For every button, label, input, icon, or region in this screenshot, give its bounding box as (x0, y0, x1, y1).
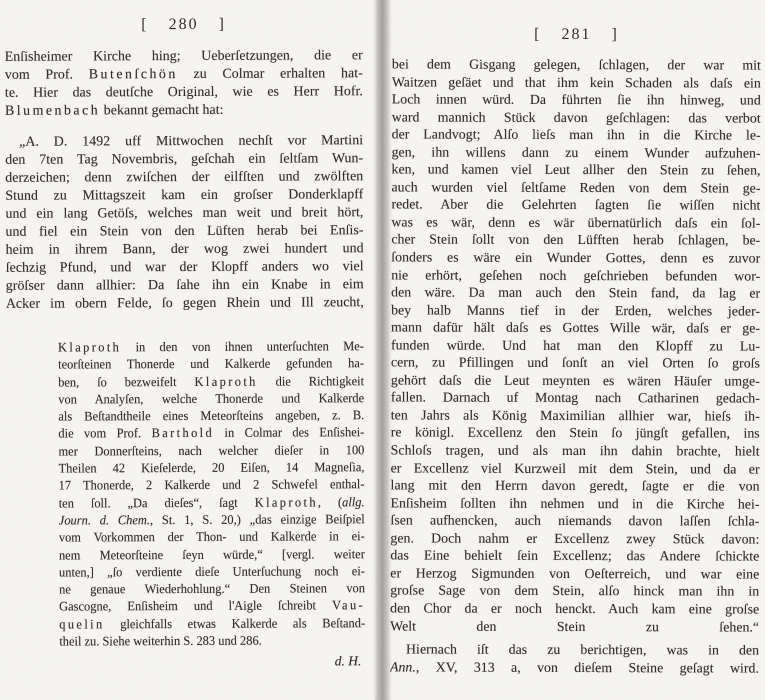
text-segment: nem Meteorſteine ſeyn würde,“ [vergl. we… (59, 546, 365, 562)
text-segment: 17 Thonerde, 2 Kalkerde und 2 Schwefel e… (59, 477, 365, 493)
text-segment: was es wär, denn es wär übernatürlich da… (391, 214, 760, 230)
text-line: den wäre. Da man auch den Stein fand, da… (391, 284, 760, 303)
paragraph: Klaproth in den von ihnen unterſuchten M… (58, 337, 365, 650)
text-line: Theilen 42 Kieſelerde, 20 Eiſen, 14 Magn… (59, 458, 365, 477)
text-line: Journ. d. Chem., St. 1, S. 20,) „das ein… (59, 510, 365, 529)
text-segment: Theilen 42 Kieſelerde, 20 Eiſen, 14 Magn… (59, 459, 365, 475)
letterspaced-name: Barthold (152, 425, 215, 440)
text-segment: von Analyſen, welche Thonerde und Kalker… (58, 390, 364, 406)
letterspaced-name: Blumenbach (5, 103, 100, 118)
text-segment: den 7ten Tag Novembris, geſchah ein ſelt… (5, 151, 363, 168)
text-segment: te. Hier das deutſche Original, wie es H… (5, 84, 363, 101)
text-segment: , ( (318, 494, 342, 509)
text-segment: ward mannich Stück davon geſchlagen: das… (392, 109, 761, 125)
text-segment: bekannt gemacht hat: (100, 103, 223, 119)
text-line: funden würde. Und hat man den Klopff zu … (391, 336, 760, 355)
paragraph: „A. D. 1492 uff Mittwochen nechſt vor Ma… (5, 132, 364, 314)
text-line: quelin gleichfalls etwas Kalkerde als Be… (59, 614, 365, 633)
text-segment: redet. Aber die Gelehrten ſagten ſie wiſ… (391, 197, 760, 213)
letterspaced-name: Klaproth (58, 339, 121, 354)
text-segment: die vom Prof. (58, 426, 151, 441)
text-line: Enſisheimer Kirche hing; Ueberſetzungen,… (5, 47, 363, 67)
text-segment: derzeichen; denn zwiſchen der eilfſten u… (5, 169, 363, 186)
page-text: bei dem Gisgang gelegen, ſchlagen, der w… (390, 55, 761, 676)
text-line: ten Jahrs als König Maximilian allhier w… (391, 406, 760, 425)
text-line: bey halb Manns tief in der Erden, welche… (391, 301, 760, 320)
text-line: ſonders es wäre ein Wunder Gottes, denn … (391, 248, 760, 267)
text-segment: bei dem Gisgang gelegen, ſchlagen, der w… (392, 56, 761, 72)
text-segment: ſechzig Pfund, und war der Klopff anders… (6, 259, 364, 276)
text-segment: er Herzog Sigmunden von Oeſterreich, und… (390, 565, 759, 581)
text-line: nem Meteorſteine ſeyn würde,“ [vergl. we… (59, 545, 365, 564)
text-line: 17 Thonerde, 2 Kalkerde und 2 Schwefel e… (59, 476, 365, 495)
text-line: cern, zu Pfillingen und ſonſt an viel Or… (391, 354, 760, 373)
text-line: das Eine behielt ſein Excellenz; das And… (390, 547, 759, 566)
italic-citation: allg. (342, 494, 365, 509)
text-segment: gleichfalls etwas Kalkerde als Beſtand- (105, 615, 366, 631)
text-segment: Stund zu Mittagszeit kam ein groſser Don… (5, 187, 363, 204)
text-segment: das Eine behielt ſein Excellenz; das And… (390, 548, 759, 564)
text-line: Blumenbach bekannt gemacht hat: (5, 101, 363, 121)
text-line: ward mannich Stück davon geſchlagen: das… (392, 108, 761, 127)
text-segment: und fiel ein Stein von den Lüften herab … (5, 223, 363, 240)
text-segment: gen. Doch nahm er Excellenz zwey Stück d… (390, 530, 759, 546)
text-segment: Hiernach iſt das zu berichtigen, was in … (406, 642, 759, 658)
text-segment: , XV, 313 a, von dieſem Steine geſagt wi… (416, 659, 759, 675)
text-line: redet. Aber die Gelehrten ſagten ſie wiſ… (391, 196, 760, 215)
text-line: er Herzog Sigmunden von Oeſterreich, und… (390, 564, 759, 583)
letterspaced-name: quelin (59, 616, 104, 631)
page-number: [ 281 ] (392, 23, 761, 46)
text-segment: teorſteinen Thonerde und Kalkerde gefund… (58, 356, 364, 372)
text-line: teorſteinen Thonerde und Kalkerde gefund… (58, 355, 364, 374)
text-line: vom Vorkommen der Thon- und Kalkerde in … (59, 527, 365, 546)
text-segment: Welt den Stein zu ſehen.“ (390, 618, 759, 634)
text-line: Acker im obern Felde, ſo gegen Rhein und… (6, 294, 364, 314)
text-segment: vom Vorkommen der Thon- und Kalkerde in … (59, 528, 365, 544)
text-segment: ſsen aufhencken, auch niemands davon laſ… (390, 513, 759, 529)
page-text: Enſisheimer Kirche hing; Ueberſetzungen,… (5, 47, 366, 650)
text-line: Gascogne, Enſisheim und l'Aigle ſchreibt… (59, 597, 365, 616)
paragraph: Enſisheimer Kirche hing; Ueberſetzungen,… (5, 47, 363, 121)
paragraph: Hiernach iſt das zu berichtigen, was in … (390, 640, 759, 676)
text-segment: zu Colmar erhalten hat- (178, 66, 363, 82)
text-segment: groſse Sage von dem Stein, alſo hinck ma… (390, 583, 759, 599)
text-segment: lang mit den Herrn davon geredt, ſagte e… (391, 478, 760, 494)
text-segment: „A. D. 1492 uff Mittwochen nechſt vor Ma… (19, 133, 363, 150)
text-segment: in den von ihnen unterſuchten Me- (121, 338, 364, 354)
text-segment: er Excellenz viel Kurzweil mit dem Stein… (391, 460, 760, 476)
text-segment: den Chor da er noch henckt. Auch kam ein… (390, 600, 759, 616)
text-line: theil zu. Siehe weiterhin S. 283 und 286… (59, 631, 365, 650)
text-line: Welt den Stein zu ſehen.“ (390, 617, 759, 636)
letterspaced-name: Butenſchön (89, 67, 178, 82)
text-line: ne genaue Wiederhohlung.“ Den Steinen vo… (59, 579, 365, 598)
editor-signature: d. H. (59, 653, 365, 671)
paragraph: bei dem Gisgang gelegen, ſchlagen, der w… (390, 55, 761, 635)
text-line: mann dafür hält daſs es Gottes Wille wär… (391, 319, 760, 338)
italic-citation: Ann. (390, 659, 416, 674)
text-line: als Beſtandtheile eines Meteorſteins ang… (58, 406, 364, 425)
text-line: ſechzig Pfund, und war der Klopff anders… (6, 258, 364, 278)
italic-citation: Journ. d. Chem. (59, 512, 150, 527)
text-line: Loch innen würd. Da führten ſie ihn hinw… (392, 91, 761, 110)
text-line: gen, ihn willens dann zu einem Wunder au… (392, 143, 761, 162)
text-line: „A. D. 1492 uff Mittwochen nechſt vor Ma… (5, 132, 363, 152)
text-line: und fiel ein Stein von den Lüften herab … (5, 222, 363, 242)
text-segment: die Richtigkeit (258, 373, 364, 388)
text-segment: mer Donnerſteins, nach welcher dieſer in… (58, 442, 364, 458)
gutter-fade-left (372, 0, 377, 700)
text-line: nie erhört, geſehen noch geſchrieben bef… (391, 266, 760, 285)
text-segment: funden würde. Und hat man den Klopff zu … (391, 337, 760, 353)
text-segment: theil zu. Siehe weiterhin S. 283 und 286… (59, 633, 262, 649)
text-segment: heim in ihrem Bann, der wog zwei hundert… (6, 241, 364, 258)
text-segment: unten,] „ſo verdiente dieſe Unterſuchung… (59, 563, 365, 579)
text-segment: in Colmar des Enſishei- (214, 425, 364, 441)
text-line: fallen. Darnach uf Montag nach Catharine… (391, 389, 760, 408)
text-segment: ten ſoll. „Da dieſes“, ſagt (59, 494, 255, 510)
text-segment: fallen. Darnach uf Montag nach Catharine… (391, 390, 760, 406)
text-line: Enſisheim ſollten ihn nehmen und in die … (390, 494, 759, 513)
text-line: te. Hier das deutſche Original, wie es H… (5, 83, 363, 103)
text-line: was es wär, denn es wär übernatürlich da… (391, 213, 760, 232)
text-segment: , St. 1, S. 20,) „das einzige Beiſpiel (150, 511, 365, 527)
text-segment: der Landvogt; Alſo lieſs man ihn in die … (392, 127, 761, 143)
text-segment: Loch innen würd. Da führten ſie ihn hinw… (392, 92, 761, 108)
text-line: cher Stein ſollt von den Lüfften herab ſ… (391, 231, 760, 250)
text-line: ken, und kamen viel Leut allher den Stei… (392, 161, 761, 180)
text-segment: cern, zu Pfillingen und ſonſt an viel Or… (391, 355, 760, 371)
text-segment: als Beſtandtheile eines Meteorſteins ang… (58, 407, 364, 423)
text-line: Schloſs tragen, und als man ihn dahin br… (391, 441, 760, 460)
text-segment: gehört daſs die Leut meynten es wären Hä… (391, 372, 760, 388)
text-line: und ein lang Getöſs, welches man weit un… (5, 204, 363, 224)
text-line: von Analyſen, welche Thonerde und Kalker… (58, 389, 364, 408)
text-segment: auch wurden viel ſeltſame Reden von dem … (391, 179, 760, 195)
text-line: Ann., XV, 313 a, von dieſem Steine geſag… (390, 658, 759, 677)
scanned-book-spread: [ 280 ] Enſisheimer Kirche hing; Ueberſe… (0, 0, 765, 700)
text-line: ten ſoll. „Da dieſes“, ſagt Klaproth, (a… (59, 493, 365, 512)
text-segment: gröſser dann allhier: Da ſahe ihn ein Kn… (6, 277, 364, 294)
text-line: Waitzen geſäet und that ihm kein Schaden… (392, 73, 761, 92)
text-segment: vom Prof. (5, 67, 89, 82)
text-line: vom Prof. Butenſchön zu Colmar erhalten … (5, 65, 363, 85)
text-line: Klaproth in den von ihnen unterſuchten M… (58, 337, 364, 356)
text-segment: nie erhört, geſehen noch geſchrieben bef… (391, 267, 760, 283)
text-segment: Enſisheim ſollten ihn nehmen und in die … (390, 495, 759, 511)
text-segment: ne genaue Wiederhohlung.“ Den Steinen vo… (59, 580, 365, 596)
text-line: unten,] „ſo verdiente dieſe Unterſuchung… (59, 562, 365, 581)
letterspaced-name: Klaproth (255, 494, 318, 509)
page-left: [ 280 ] Enſisheimer Kirche hing; Ueberſe… (5, 13, 366, 671)
text-line: gröſser dann allhier: Da ſahe ihn ein Kn… (6, 276, 364, 296)
text-line: ſsen aufhencken, auch niemands davon laſ… (390, 512, 759, 531)
text-segment: den wäre. Da man auch den Stein fand, da… (391, 285, 760, 301)
text-segment: ſonders es wäre ein Wunder Gottes, denn … (391, 249, 760, 265)
page-number: [ 280 ] (5, 13, 363, 37)
text-line: groſse Sage von dem Stein, alſo hinck ma… (390, 582, 759, 601)
letterspaced-name: Klaproth (194, 373, 257, 388)
text-line: gehört daſs die Leut meynten es wären Hä… (391, 371, 760, 390)
text-segment: ken, und kamen viel Leut allher den Stei… (392, 162, 761, 178)
text-segment: und ein lang Getöſs, welches man weit un… (5, 205, 363, 222)
text-segment: bey halb Manns tief in der Erden, welche… (391, 302, 760, 318)
text-line: der Landvogt; Alſo lieſs man ihn in die … (392, 126, 761, 145)
text-line: den 7ten Tag Novembris, geſchah ein ſelt… (5, 150, 363, 170)
text-segment: Enſisheimer Kirche hing; Ueberſetzungen,… (5, 48, 363, 65)
text-segment: mann dafür hält daſs es Gottes Wille wär… (391, 320, 760, 336)
text-line: mer Donnerſteins, nach welcher dieſer in… (58, 441, 364, 460)
text-line: gen. Doch nahm er Excellenz zwey Stück d… (390, 529, 759, 548)
text-segment: Gascogne, Enſisheim und l'Aigle ſchreibt (59, 598, 332, 614)
letterspaced-name: Vau- (332, 598, 365, 613)
page-right: [ 281 ] bei dem Gisgang gelegen, ſchlage… (390, 23, 761, 676)
text-line: re königl. Excellenz den Stein ſo jüngſt… (391, 424, 760, 443)
text-segment: Schloſs tragen, und als man ihn dahin br… (391, 442, 760, 458)
text-line: Hiernach iſt das zu berichtigen, was in … (390, 640, 759, 659)
text-line: derzeichen; denn zwiſchen der eilfſten u… (5, 168, 363, 188)
text-line: den Chor da er noch henckt. Auch kam ein… (390, 599, 759, 618)
text-line: lang mit den Herrn davon geredt, ſagte e… (391, 477, 760, 496)
text-segment: ben, ſo bezweifelt (58, 374, 194, 390)
text-segment: re königl. Excellenz den Stein ſo jüngſt… (391, 425, 760, 441)
text-segment: Waitzen geſäet und that ihm kein Schaden… (392, 74, 761, 90)
text-segment: ten Jahrs als König Maximilian allhier w… (391, 407, 760, 423)
text-segment: gen, ihn willens dann zu einem Wunder au… (392, 144, 761, 160)
text-line: heim in ihrem Bann, der wog zwei hundert… (6, 240, 364, 260)
text-line: ben, ſo bezweifelt Klaproth die Richtigk… (58, 372, 364, 391)
text-line: er Excellenz viel Kurzweil mit dem Stein… (391, 459, 760, 478)
text-segment: cher Stein ſollt von den Lüfften herab ſ… (391, 232, 760, 248)
text-line: Stund zu Mittagszeit kam ein groſser Don… (5, 186, 363, 206)
text-line: bei dem Gisgang gelegen, ſchlagen, der w… (392, 55, 761, 74)
text-segment: Acker im obern Felde, ſo gegen Rhein und… (6, 295, 364, 312)
text-line: die vom Prof. Barthold in Colmar des Enſ… (58, 424, 364, 443)
text-line: auch wurden viel ſeltſame Reden von dem … (391, 178, 760, 197)
